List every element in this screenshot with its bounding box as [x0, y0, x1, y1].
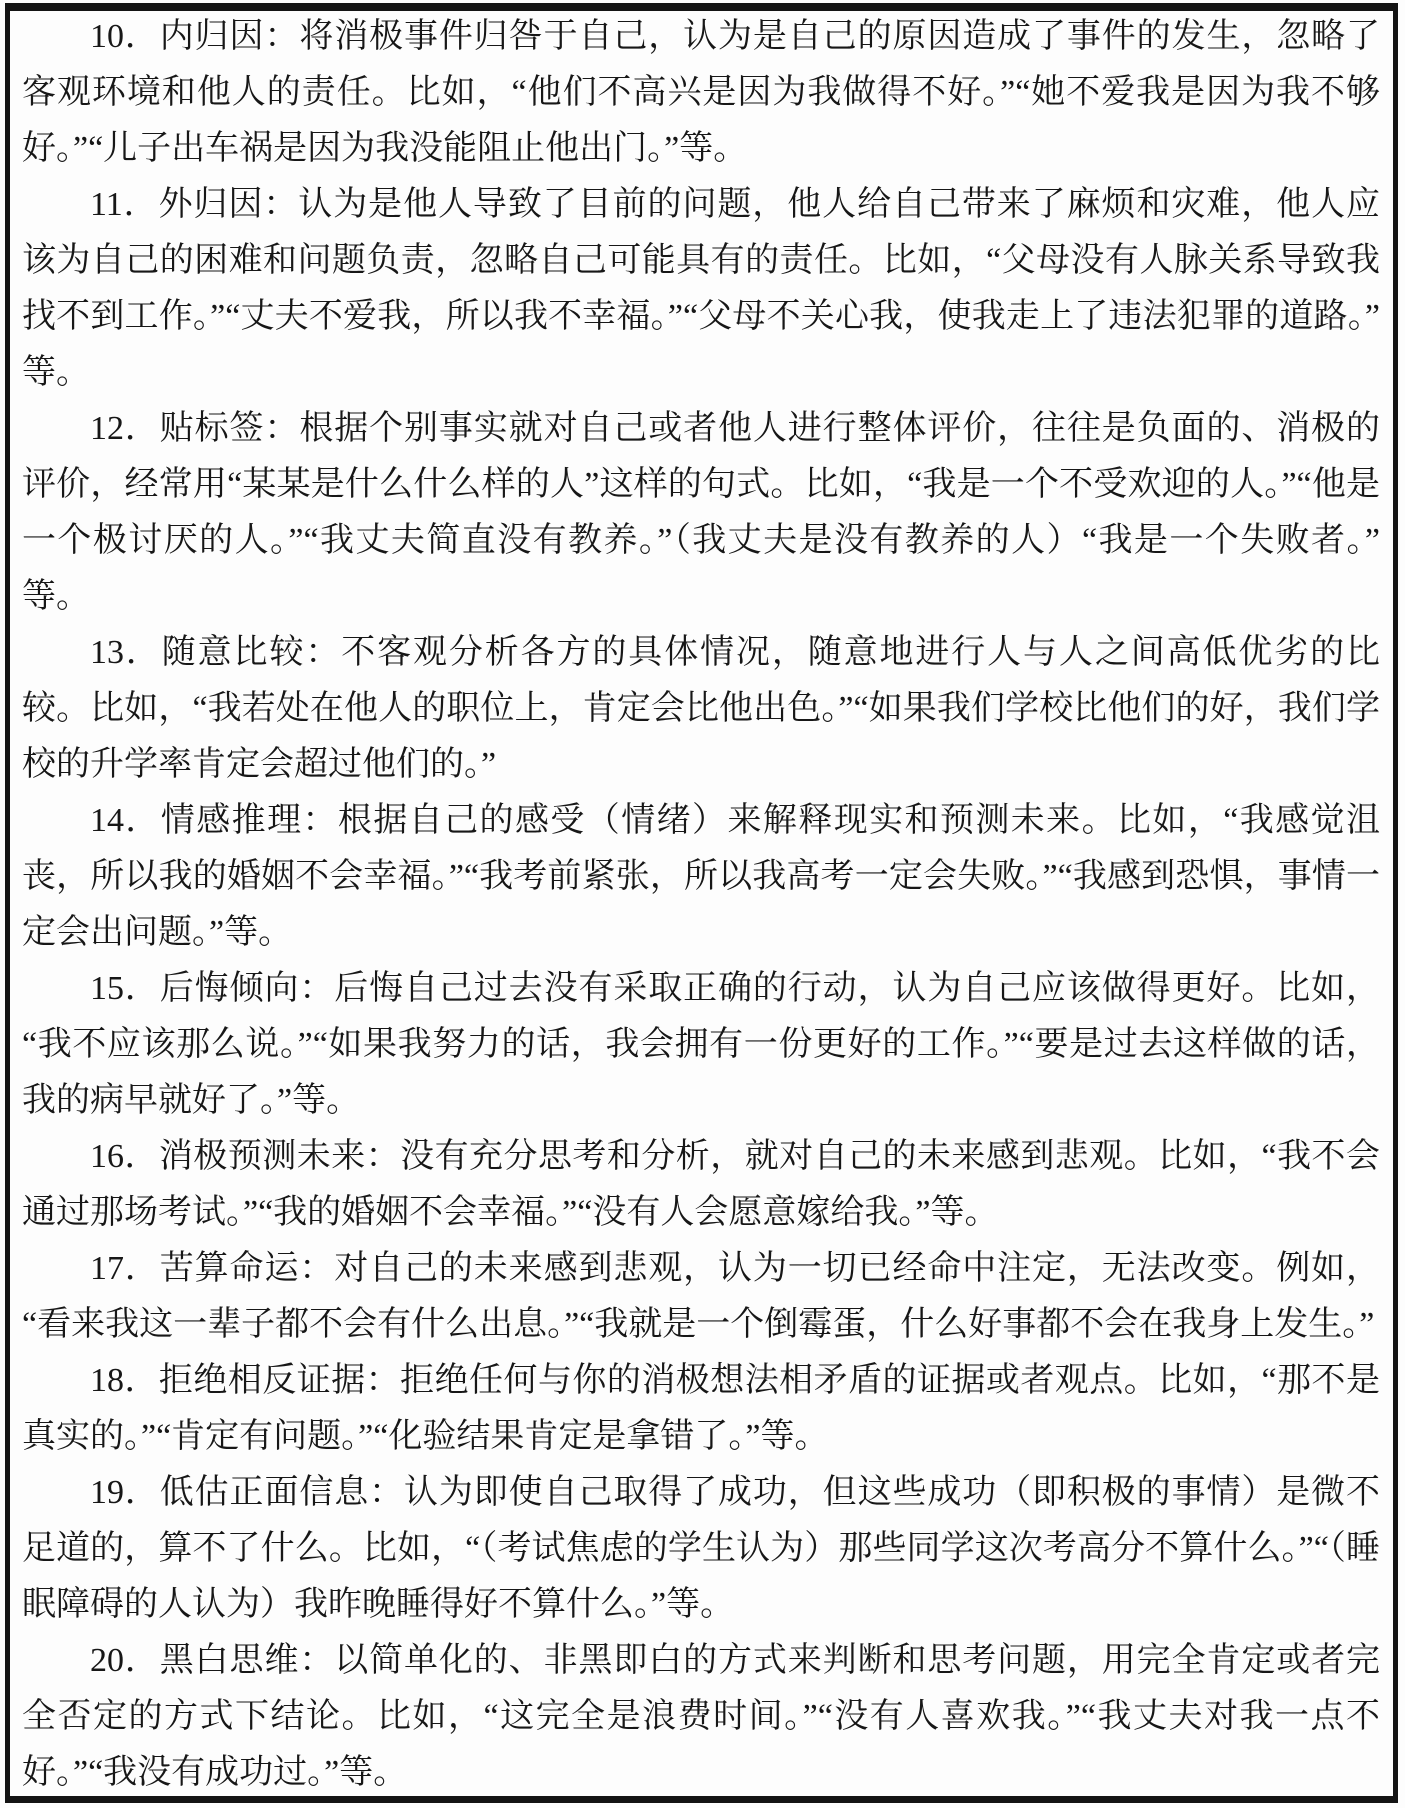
- item-number: 20．: [90, 1642, 160, 1679]
- item-term: 苦算命运：: [160, 1250, 334, 1287]
- list-item-15: 15．后悔倾向：后悔自己过去没有采取正确的行动，认为自己应该做得更好。比如，“我…: [22, 961, 1380, 1129]
- item-term: 随意比较：: [162, 634, 341, 671]
- list-item-18: 18．拒绝相反证据：拒绝任何与你的消极想法相矛盾的证据或者观点。比如，“那不是真…: [22, 1353, 1380, 1465]
- item-number: 10．: [90, 18, 160, 55]
- item-number: 18．: [90, 1362, 159, 1399]
- list-item-20: 20．黑白思维：以简单化的、非黑即白的方式来判断和思考问题，用完全肯定或者完全否…: [22, 1633, 1380, 1801]
- list-item-19: 19．低估正面信息：认为即使自己取得了成功，但这些成功（即积极的事情）是微不足道…: [22, 1465, 1380, 1633]
- item-term: 贴标签：: [160, 410, 300, 447]
- item-term: 情感推理：: [161, 802, 338, 839]
- item-number: 17．: [90, 1250, 160, 1287]
- page-text-content: 10．内归因：将消极事件归咎于自己，认为是自己的原因造成了事件的发生，忽略了客观…: [22, 9, 1380, 1801]
- item-number: 19．: [90, 1474, 160, 1511]
- list-item-17: 17．苦算命运：对自己的未来感到悲观，认为一切已经命中注定，无法改变。例如，“看…: [22, 1241, 1380, 1353]
- document-page: 10．内归因：将消极事件归咎于自己，认为是自己的原因造成了事件的发生，忽略了客观…: [0, 0, 1405, 1808]
- item-term: 黑白思维：: [160, 1642, 334, 1679]
- item-term: 后悔倾向：: [160, 970, 334, 1007]
- item-term: 低估正面信息：: [160, 1474, 404, 1511]
- list-item-14: 14．情感推理：根据自己的感受（情绪）来解释现实和预测未来。比如，“我感觉沮丧，…: [22, 793, 1380, 961]
- list-item-13: 13．随意比较：不客观分析各方的具体情况，随意地进行人与人之间高低优劣的比较。比…: [22, 625, 1380, 793]
- item-number: 15．: [90, 970, 160, 1007]
- item-term: 内归因：: [160, 18, 300, 55]
- list-item-11: 11．外归因：认为是他人导致了目前的问题，他人给自己带来了麻烦和灾难，他人应该为…: [22, 177, 1380, 401]
- item-number: 12．: [90, 410, 160, 447]
- list-item-10: 10．内归因：将消极事件归咎于自己，认为是自己的原因造成了事件的发生，忽略了客观…: [22, 9, 1380, 177]
- item-term: 拒绝相反证据：: [159, 1362, 400, 1399]
- item-number: 16．: [90, 1138, 159, 1175]
- list-item-12: 12．贴标签：根据个别事实就对自己或者他人进行整体评价，往往是负面的、消极的评价…: [22, 401, 1380, 625]
- item-number: 14．: [90, 802, 161, 839]
- list-item-16: 16．消极预测未来：没有充分思考和分析，就对自己的未来感到悲观。比如，“我不会通…: [22, 1129, 1380, 1241]
- item-number: 11．: [90, 186, 159, 223]
- item-number: 13．: [90, 634, 162, 671]
- item-term: 外归因：: [159, 186, 299, 223]
- item-term: 消极预测未来：: [159, 1138, 400, 1175]
